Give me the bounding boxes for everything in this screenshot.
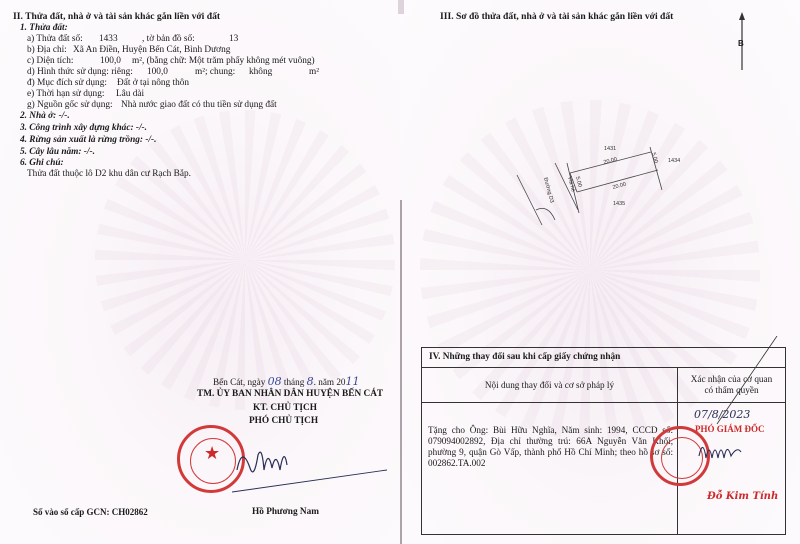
usage-form-label: d) Hình thức sử dụng: riêng: [27,67,133,77]
signer-name: Hồ Phương Nam [252,507,319,518]
term-row: e) Thời hạn sử dụng: Lâu dài [27,89,104,99]
label-parcel-south: 1435 [613,201,625,207]
perennial-line: 5. Cây lâu năm: -/-. [20,147,95,158]
changes-table: IV. Những thay đổi sau khi cấp giấy chứn… [421,347,786,535]
address-label: b) Địa chỉ: [27,45,67,55]
label-parcel-north: 1431 [604,146,616,152]
area-row: c) Diện tích: 100,0 m², (bằng chữ: Một t… [27,56,73,66]
shared-area: không [249,67,272,77]
land-heading: 1. Thửa đất: [20,23,68,34]
label-top-length: 20.00 [603,157,618,166]
label-road: Đường D3 [542,177,555,204]
address-row: b) Địa chỉ: Xã An Điền, Huyện Bến Cát, B… [27,45,67,55]
registry-label: Số vào sổ cấp GCN: [33,507,110,517]
origin-row: g) Nguồn gốc sử dụng: Nhà nước giao đất … [27,100,113,110]
label-parcel-east: 1434 [668,158,680,164]
page-fold-line [400,200,402,544]
house-line: 2. Nhà ở: -/-. [20,111,70,122]
area-unit-words: m², (bằng chữ: Một trăm phẩy không mét v… [132,56,315,66]
on-behalf-title: KT. CHỦ TỊCH [253,403,317,414]
changes-table-title: IV. Những thay đổi sau khi cấp giấy chứn… [429,352,620,362]
shared-unit: m² [309,67,319,77]
map-sheet-number: 13 [229,34,238,44]
section-ii-title: II. Thửa đất, nhà ở và tài sản khác gắn … [13,11,220,22]
other-construction-line: 3. Công trình xây dựng khác: -/-. [20,123,147,134]
area-value: 100,0 [100,56,121,66]
signature-confirmation [697,436,777,466]
month-label: tháng [284,377,304,387]
term-label: e) Thời hạn sử dụng: [27,89,104,99]
north-label: B [738,38,744,49]
section-iii-title: III. Sơ đồ thửa đất, nhà ở và tài sản kh… [440,11,673,22]
change-entry-text: Tặng cho Ông: Bùi Hữu Nghĩa, Năm sinh: 1… [428,425,673,469]
usage-form-row: d) Hình thức sử dụng: riêng: 100,0 m²; c… [27,67,133,77]
parcel-number-label: a) Thửa đất số: [27,34,83,44]
star-emblem-icon: ★ [204,444,220,462]
purpose-value: Đất ở tại nông thôn [117,78,189,88]
signing-date: Bến Cát, ngày 08 tháng 8. năm 2011 [213,376,360,388]
origin-value: Nhà nước giao đất có thu tiền sử dụng đấ… [121,100,277,110]
notes-heading: 6. Ghi chú: [20,158,64,169]
position-title: PHÓ CHỦ TỊCH [249,416,318,427]
term-value: Lâu dài [116,89,144,99]
signing-month: 8 [307,375,314,388]
origin-label: g) Nguồn gốc sử dụng: [27,100,113,110]
registry-line: Số vào sổ cấp GCN: CH02862 [33,507,148,518]
label-east-width: 5.00 [650,152,659,164]
confirm-name: Đỗ Kim Tính [707,491,778,502]
diagonal-strike-line [712,336,782,426]
signing-place: Bến Cát, ngày [213,377,265,387]
shared-label: m²; chung: [195,67,235,77]
authority-title: TM. ỦY BAN NHÂN DÂN HUYỆN BẾN CÁT [197,389,383,400]
registry-number: CH02862 [112,507,148,517]
year-label: . năm 20 [314,377,346,387]
address-value: Xã An Điền, Huyện Bến Cát, Bình Dương [73,45,230,55]
watermark-rosette [95,110,395,410]
map-sheet-label: , tờ bản đồ số: [142,34,195,44]
parcel-number: 1433 [99,34,118,44]
parcel-map: 1431 1434 1435 20.00 20.00 5.00 5.00 Vỉa… [500,120,710,230]
notes-text: Thửa đất thuộc lô D2 khu dân cư Rạch Bắp… [27,169,191,180]
private-area: 100,0 [147,67,168,77]
col-header-content: Nội dung thay đổi và cơ sở pháp lý [422,368,677,403]
signing-year: 11 [346,375,360,388]
signing-day: 08 [268,375,282,388]
land-parcel-number-row: a) Thửa đất số: 1433 , tờ bản đồ số: 13 [27,34,83,44]
page-fold-top [398,0,404,14]
left-page: II. Thửa đất, nhà ở và tài sản khác gắn … [0,0,400,544]
area-label: c) Diện tích: [27,56,73,66]
purpose-label: đ) Mục đích sử dụng: [27,78,107,88]
label-bottom-length: 20.00 [612,182,627,191]
purpose-row: đ) Mục đích sử dụng: Đất ở tại nông thôn [27,78,107,88]
forest-line: 4. Rừng sản xuất là rừng trồng: -/-. [20,135,156,146]
signature-chairman [232,440,392,500]
